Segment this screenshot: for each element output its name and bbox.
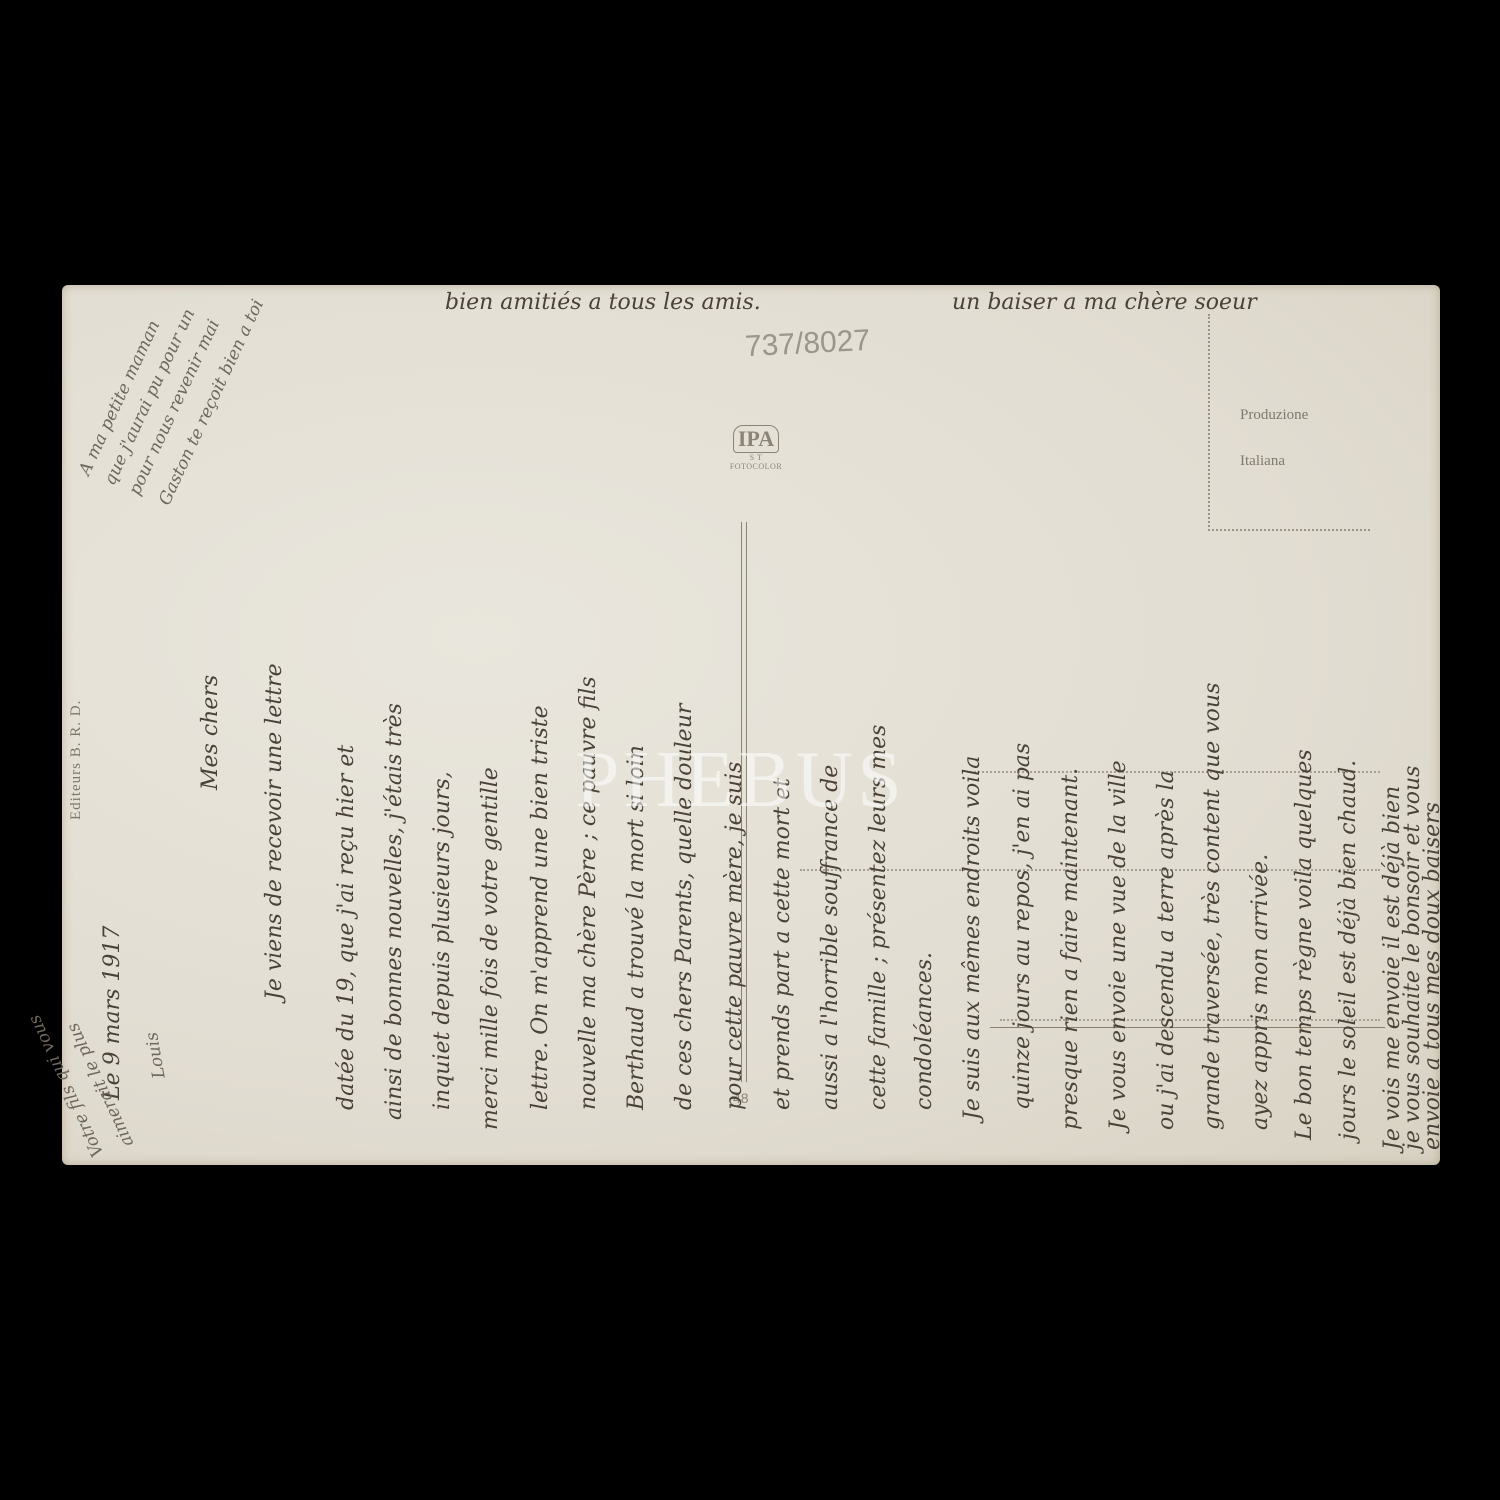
handwriting-line: grande traversée, très content que vous (1200, 683, 1225, 1130)
address-line-4 (990, 1027, 1385, 1028)
handwriting-line: Je vous envoie une vue de la ville (1106, 760, 1131, 1130)
handwriting-line: datée du 19, que j'ai reçu hier et (334, 745, 359, 1110)
handwriting-line: lettre. On m'apprend une bien triste (528, 705, 553, 1110)
logo-mark: IPA (733, 425, 779, 453)
logo-fotocolor: FOTOCOLOR (725, 462, 787, 471)
handwriting-line: et prends part a cette mort et (770, 778, 795, 1110)
handwriting-line: Mes chers (198, 675, 223, 790)
stamp-box-text: Produzione Italiana (1240, 392, 1308, 484)
handwriting-line: merci mille fois de votre gentille (478, 767, 503, 1130)
handwriting-line: Je suis aux mêmes endroits voila (960, 756, 985, 1120)
handwriting-line: envoie a tous mes doux baisers (1420, 802, 1445, 1150)
stamp-line-2: Italiana (1240, 438, 1308, 484)
handwriting-line: jours le soleil est déjà bien chaud. (1336, 760, 1361, 1140)
handwriting-line: Le bon temps règne voila quelques (1292, 749, 1317, 1140)
address-line-3 (1000, 1019, 1380, 1021)
stamp-line-1: Produzione (1240, 392, 1308, 438)
handwriting-line: presque rien a faire maintenant. (1058, 768, 1083, 1130)
handwriting-line: ayez appris mon arrivée. (1248, 854, 1273, 1130)
watermark: PHEBUS (575, 735, 906, 826)
publisher-imprint: Editeurs B. R. D. (68, 700, 85, 820)
handwriting-line: ou j'ai descendu a terre après la (1154, 770, 1179, 1130)
handwriting-top-right: un baiser a ma chère soeur (952, 290, 1257, 315)
handwriting-top-left: bien amitiés a tous les amis. (445, 290, 761, 315)
publisher-logo: IPA S T FOTOCOLOR (725, 425, 787, 471)
handwriting-line: Je viens de recevoir une lettre (262, 663, 287, 1000)
handwriting-line: inquiet depuis plusieurs jours, (430, 771, 455, 1110)
handwriting-line: condoléances. (912, 952, 937, 1110)
logo-sub: S T (725, 453, 787, 462)
handwriting-line: ainsi de bonnes nouvelles, j'étais très (382, 703, 407, 1120)
pencil-inventory-note: 737/8027 (744, 324, 871, 365)
handwriting-line: quinze jours au repos, j'en ai pas (1010, 743, 1035, 1110)
